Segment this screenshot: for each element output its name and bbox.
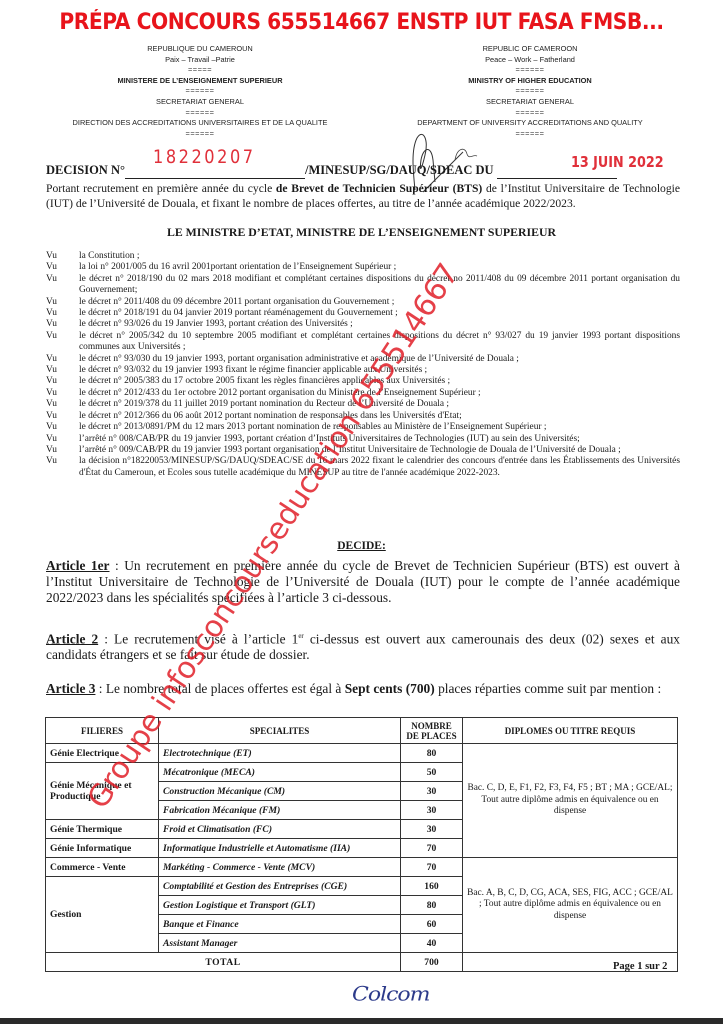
article-bold: Sept cents (700)	[345, 681, 435, 696]
vu-item: Vule décret n° 2019/378 du 11 juillet 20…	[46, 399, 680, 410]
country-name: REPUBLIC OF CAMEROON	[380, 44, 680, 55]
subject-bold: de Brevet de Technicien Supérieur	[276, 182, 449, 195]
vu-label: Vu	[46, 319, 79, 330]
page-label: sur	[642, 961, 662, 972]
vu-text: le décret n° 2005/383 du 17 octobre 2005…	[79, 376, 680, 387]
specialite-cell: Assistant Manager	[159, 934, 401, 953]
filiere-cell: Génie Informatique	[46, 839, 159, 858]
decision-date-stamp: 13 JUIN 2022	[571, 153, 664, 171]
vu-item: Vule décret n° 2013/0891/PM du 12 mars 2…	[46, 422, 680, 433]
vu-item: Vul’arrêté n° 009/CAB/PR du 19 janvier 1…	[46, 445, 680, 456]
separator: ======	[50, 86, 350, 97]
vu-label: Vu	[46, 308, 79, 319]
page-total: 2	[662, 961, 667, 972]
ministry-name: MINISTRY OF HIGHER EDUCATION	[380, 76, 680, 87]
vu-label: Vu	[46, 274, 79, 297]
separator: ======	[380, 65, 680, 76]
separator: =====	[50, 65, 350, 76]
header-diplomes: DIPLOMES OU TITRE REQUIS	[463, 718, 678, 744]
header-specialites: SPECIALITES	[159, 718, 401, 744]
promo-banner: PRÉPA CONCOURS 655514667 ENSTP IUT FASA …	[29, 10, 694, 35]
vu-text: le décret n° 2019/378 du 11 juillet 2019…	[79, 399, 680, 410]
header-filieres: FILIERES	[46, 718, 159, 744]
specialite-cell: Construction Mécanique (CM)	[159, 782, 401, 801]
vu-item: Vule décret n° 93/030 du 19 janvier 1993…	[46, 354, 680, 365]
vu-text: le décret n° 2011/408 du 09 décembre 201…	[79, 297, 680, 308]
vu-label: Vu	[46, 365, 79, 376]
places-table: FILIERES SPECIALITES NOMBRE DE PLACES DI…	[45, 717, 678, 972]
vu-text: la Constitution ;	[79, 251, 680, 262]
decision-label: DECISION N°	[46, 163, 125, 177]
article-2: Article 2 : Le recrutement visé à l’arti…	[46, 628, 680, 663]
specialite-cell: Fabrication Mécanique (FM)	[159, 801, 401, 820]
page-label: Page	[613, 961, 637, 972]
subject-bold: (BTS)	[453, 182, 483, 195]
article-text: : Le nombre total de places offertes est…	[95, 681, 344, 696]
secretariat: SECRETARIAT GENERAL	[50, 97, 350, 108]
article-text: : Le recrutement visé à l’article 1	[98, 631, 298, 646]
vu-item: Vule décret n° 2012/433 du 1er octobre 2…	[46, 388, 680, 399]
vu-label: Vu	[46, 297, 79, 308]
filiere-cell: Génie Thermique	[46, 820, 159, 839]
table-row: Génie Electrique Electrotechnique (ET) 8…	[46, 744, 678, 763]
filiere-cell: Génie Electrique	[46, 744, 159, 763]
vu-item: Vule décret n° 93/026 du 19 Janvier 1993…	[46, 319, 680, 330]
places-cell: 30	[401, 801, 463, 820]
filiere-cell: Gestion	[46, 877, 159, 953]
vu-item: Vule décret n° 93/032 du 19 janvier 1993…	[46, 365, 680, 376]
article-3: Article 3 : Le nombre total de places of…	[46, 681, 680, 697]
vu-text: le décret n° 93/032 du 19 janvier 1993 f…	[79, 365, 680, 376]
vu-text: la loi n° 2001/005 du 16 avril 2001porta…	[79, 262, 680, 273]
specialite-cell: Informatique Industrielle et Automatisme…	[159, 839, 401, 858]
article-text: : Un recrutement en première année du cy…	[46, 558, 680, 605]
decision-subject: Portant recrutement en première année du…	[46, 181, 680, 211]
vu-text: le décret n° 2012/366 du 06 août 2012 po…	[79, 411, 680, 422]
specialite-cell: Markéting - Commerce - Vente (MCV)	[159, 858, 401, 877]
places-cell: 70	[401, 858, 463, 877]
vu-text: le décret n° 93/030 du 19 janvier 1993, …	[79, 354, 680, 365]
vu-label: Vu	[46, 251, 79, 262]
separator: ======	[380, 86, 680, 97]
motto: Paix – Travail –Patrie	[50, 55, 350, 66]
specialite-cell: Froid et Climatisation (FC)	[159, 820, 401, 839]
vu-label: Vu	[46, 456, 79, 479]
specialite-cell: Electrotechnique (ET)	[159, 744, 401, 763]
article-text: places réparties comme suit par mention …	[435, 681, 661, 696]
vu-label: Vu	[46, 422, 79, 433]
secretariat: SECRETARIAT GENERAL	[380, 97, 680, 108]
header-left-french: REPUBLIQUE DU CAMEROUN Paix – Travail –P…	[50, 44, 350, 139]
table-row: Commerce - Vente Markéting - Commerce - …	[46, 858, 678, 877]
direction: DIRECTION DES ACCREDITATIONS UNIVERSITAI…	[50, 118, 350, 129]
vu-item: Vula décision n°18220053/MINESUP/SG/DAUQ…	[46, 456, 680, 479]
vu-item: Vule décret n° 2005/383 du 17 octobre 20…	[46, 376, 680, 387]
article-label: Article 3	[46, 681, 95, 696]
header-places: NOMBRE DE PLACES	[401, 718, 463, 744]
specialite-cell: Gestion Logistique et Transport (GLT)	[159, 896, 401, 915]
decide-heading: DECIDE:	[0, 540, 723, 552]
places-cell: 70	[401, 839, 463, 858]
specialite-cell: Mécatronique (MECA)	[159, 763, 401, 782]
separator: ======	[380, 108, 680, 119]
article-1: Article 1er : Un recrutement en première…	[46, 558, 680, 606]
vu-label: Vu	[46, 411, 79, 422]
motto: Peace – Work – Fatherland	[380, 55, 680, 66]
vu-text: le décret n° 2018/191 du 04 janvier 2019…	[79, 308, 680, 319]
places-cell: 80	[401, 896, 463, 915]
vu-label: Vu	[46, 434, 79, 445]
separator: ======	[50, 108, 350, 119]
vu-text: le décret n° 2018/190 du 02 mars 2018 mo…	[79, 274, 680, 297]
vu-label: Vu	[46, 399, 79, 410]
vu-item: Vula loi n° 2001/005 du 16 avril 2001por…	[46, 262, 680, 273]
vu-item: Vule décret n° 2005/342 du 10 septembre …	[46, 331, 680, 354]
page-number: Page 1 sur 2	[613, 961, 667, 972]
places-cell: 160	[401, 877, 463, 896]
vu-label: Vu	[46, 445, 79, 456]
filiere-cell: Commerce - Vente	[46, 858, 159, 877]
vu-item: Vule décret n° 2011/408 du 09 décembre 2…	[46, 297, 680, 308]
diplomes-cell: Bac. C, D, E, F1, F2, F3, F4, F5 ; BT ; …	[463, 744, 678, 858]
department: DEPARTMENT OF UNIVERSITY ACCREDITATIONS …	[380, 118, 680, 129]
places-cell: 50	[401, 763, 463, 782]
decision-line: DECISION N° /MINESUP/SG/DAUQ/SDEAC DU 18…	[46, 163, 686, 179]
decision-number-stamp: 18220207	[153, 146, 256, 168]
article-label: Article 1er	[46, 558, 110, 573]
total-value: 700	[401, 953, 463, 972]
vu-text: l’arrêté n° 008/CAB/PR du 19 janvier 199…	[79, 434, 680, 445]
separator: ======	[50, 129, 350, 140]
filiere-cell: Génie Mécanique et Productique	[46, 763, 159, 820]
vu-text: le décret n° 2005/342 du 10 septembre 20…	[79, 331, 680, 354]
specialite-cell: Banque et Finance	[159, 915, 401, 934]
minister-title: LE MINISTRE D’ETAT, MINISTRE DE L’ENSEIG…	[0, 225, 723, 240]
places-cell: 30	[401, 782, 463, 801]
vu-label: Vu	[46, 262, 79, 273]
vu-item: Vule décret n° 2018/191 du 04 janvier 20…	[46, 308, 680, 319]
table-header-row: FILIERES SPECIALITES NOMBRE DE PLACES DI…	[46, 718, 678, 744]
vu-text: le décret n° 93/026 du 19 Janvier 1993, …	[79, 319, 680, 330]
vu-item: Vule décret n° 2012/366 du 06 août 2012 …	[46, 411, 680, 422]
places-cell: 40	[401, 934, 463, 953]
vu-item: Vula Constitution ;	[46, 251, 680, 262]
vu-list: Vula Constitution ;Vula loi n° 2001/005 …	[46, 251, 680, 479]
vu-text: l’arrêté n° 009/CAB/PR du 19 janvier 199…	[79, 445, 680, 456]
separator: ======	[380, 129, 680, 140]
table-total-row: TOTAL 700	[46, 953, 678, 972]
country-name: REPUBLIQUE DU CAMEROUN	[50, 44, 350, 55]
places-cell: 80	[401, 744, 463, 763]
article-label: Article 2	[46, 631, 98, 646]
vu-item: Vule décret n° 2018/190 du 02 mars 2018 …	[46, 274, 680, 297]
diplomes-cell: Bac. A, B, C, D, CG, ACA, SES, FIG, ACC …	[463, 858, 678, 953]
vu-label: Vu	[46, 331, 79, 354]
vu-label: Vu	[46, 354, 79, 365]
vu-label: Vu	[46, 388, 79, 399]
vu-text: la décision n°18220053/MINESUP/SG/DAUQ/S…	[79, 456, 680, 479]
places-cell: 30	[401, 820, 463, 839]
specialite-cell: Comptabilité et Gestion des Entreprises …	[159, 877, 401, 896]
vu-text: le décret n° 2012/433 du 1er octobre 201…	[79, 388, 680, 399]
header-right-english: REPUBLIC OF CAMEROON Peace – Work – Fath…	[380, 44, 680, 139]
ministry-name: MINISTERE DE L’ENSEIGNEMENT SUPERIEUR	[50, 76, 350, 87]
scan-edge	[0, 1018, 723, 1024]
vu-text: le décret n° 2013/0891/PM du 12 mars 201…	[79, 422, 680, 433]
decision-reference: /MINESUP/SG/DAUQ/SDEAC DU	[305, 163, 494, 177]
vu-item: Vul’arrêté n° 008/CAB/PR du 19 janvier 1…	[46, 434, 680, 445]
vu-label: Vu	[46, 376, 79, 387]
subject-text: Portant recrutement en première année du…	[46, 182, 276, 195]
total-label: TOTAL	[46, 953, 401, 972]
places-cell: 60	[401, 915, 463, 934]
handwritten-initials: Colcom	[352, 983, 430, 1006]
